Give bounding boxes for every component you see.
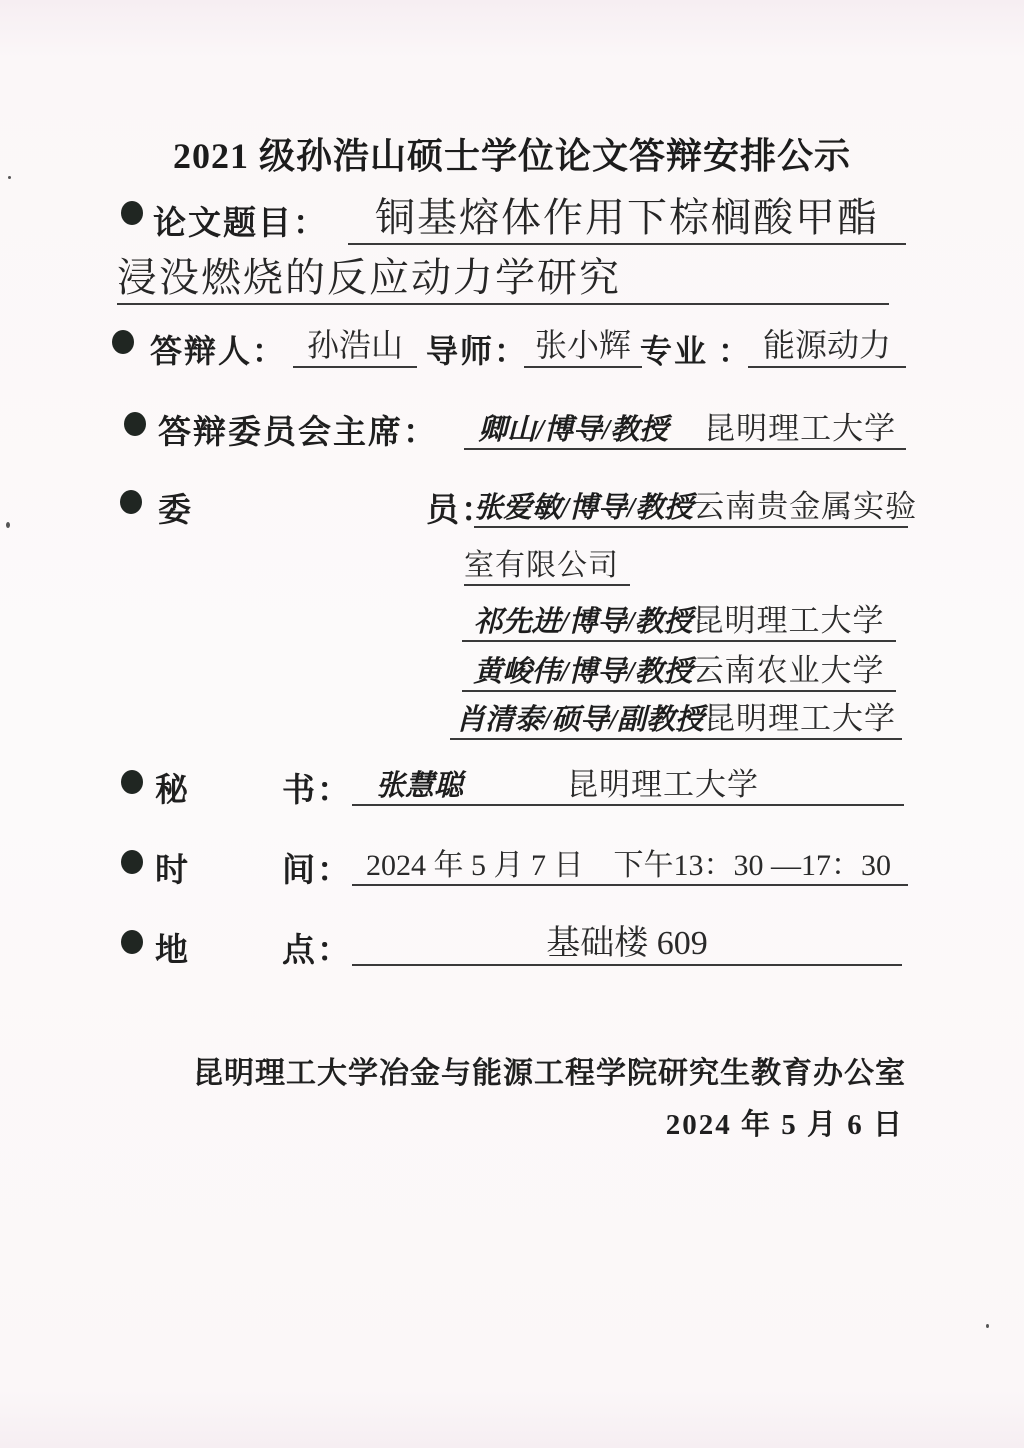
- chair-affiliation: 昆明理工大学: [704, 403, 896, 448]
- committee-member-name: 肖清泰/硕导/副教授: [456, 697, 704, 738]
- chair-name: 卿山/博导/教授: [478, 407, 668, 448]
- major-name: 能源动力: [763, 320, 891, 366]
- time-field: 2024 年 5 月 7 日 下午13：30 —17：30: [352, 840, 908, 886]
- time-value: 2024 年 5 月 7 日 下午13：30 —17：30: [366, 840, 891, 884]
- committee-label-left: 委: [158, 484, 193, 531]
- thesis-title-label: 论文题目：: [153, 197, 328, 244]
- thesis-title-line2-field: 浸没燃烧的反应动力学研究: [117, 247, 889, 305]
- major-label: 专业 ：: [640, 326, 752, 372]
- secretary-affiliation: 昆明理工大学: [567, 759, 759, 804]
- bullet-icon: [121, 930, 143, 954]
- bullet-icon: [120, 490, 142, 514]
- scan-speck: [8, 176, 11, 179]
- committee-member-affiliation: 昆明理工大学: [704, 693, 896, 738]
- committee-member-name: 黄峻伟/博导/教授: [473, 649, 692, 690]
- thesis-title-line1-field: 铜基熔体作用下棕榈酸甲酯: [348, 185, 906, 245]
- defender-label: 答辩人：: [150, 326, 286, 372]
- scan-speck: [6, 522, 10, 528]
- scan-speck: [986, 1324, 989, 1328]
- thesis-title-line2: 浸没燃烧的反应动力学研究: [117, 246, 621, 303]
- secretary-field: 张慧聪 昆明理工大学: [352, 760, 904, 806]
- defender-name: 孙浩山: [307, 320, 403, 366]
- secretary-label-right: 书：: [282, 764, 352, 811]
- secretary-label-left: 秘: [155, 764, 190, 811]
- supervisor-name-field: 张小辉: [524, 322, 642, 368]
- committee-member-affiliation: 昆明理工大学: [693, 595, 885, 640]
- location-value: 基础楼 609: [546, 915, 708, 964]
- chair-label: 答辩委员会主席：: [158, 406, 438, 453]
- page-title: 2021 级孙浩山硕士学位论文答辩安排公示: [0, 128, 1024, 179]
- committee-member-row: 肖清泰/硕导/副教授 昆明理工大学: [450, 694, 902, 740]
- footer-date: 2024 年 5 月 6 日: [666, 1102, 904, 1143]
- committee-member-name: 祁先进/博导/教授: [473, 599, 692, 640]
- supervisor-label: 导师：: [426, 326, 528, 372]
- committee-member-affiliation: 云南贵金属实验: [693, 481, 917, 526]
- location-label-left: 地: [155, 924, 190, 971]
- footer-office: 昆明理工大学冶金与能源工程学院研究生教育办公室: [193, 1048, 906, 1092]
- bullet-icon: [121, 770, 143, 794]
- committee-member-row: 黄峻伟/博导/教授 云南农业大学: [462, 646, 896, 692]
- location-label-right: 点：: [282, 924, 352, 971]
- committee-member-affiliation-wrap-row: 室有限公司: [464, 540, 630, 586]
- thesis-title-line1: 铜基熔体作用下棕榈酸甲酯: [375, 186, 879, 243]
- committee-member-name: 张爱敏/博导/教授: [474, 485, 693, 526]
- time-label-right: 间：: [282, 844, 352, 891]
- supervisor-name: 张小辉: [535, 320, 631, 366]
- scanned-document-page: 2021 级孙浩山硕士学位论文答辩安排公示 论文题目： 铜基熔体作用下棕榈酸甲酯…: [0, 0, 1024, 1448]
- major-name-field: 能源动力: [748, 322, 906, 368]
- defender-name-field: 孙浩山: [293, 322, 417, 368]
- committee-member-affiliation: 云南农业大学: [693, 645, 885, 690]
- bullet-icon: [121, 850, 143, 874]
- bullet-icon: [124, 412, 146, 436]
- time-label-left: 时: [155, 844, 190, 891]
- location-field: 基础楼 609: [352, 918, 902, 966]
- committee-member-affiliation-wrap: 室有限公司: [464, 540, 619, 584]
- committee-member-row: 张爱敏/博导/教授 云南贵金属实验: [474, 480, 908, 528]
- committee-member-row: 祁先进/博导/教授 昆明理工大学: [462, 596, 896, 642]
- secretary-name: 张慧聪: [376, 763, 463, 804]
- bullet-icon: [112, 330, 134, 354]
- bullet-icon: [121, 201, 143, 225]
- chair-field: 卿山/博导/教授 昆明理工大学: [464, 402, 906, 450]
